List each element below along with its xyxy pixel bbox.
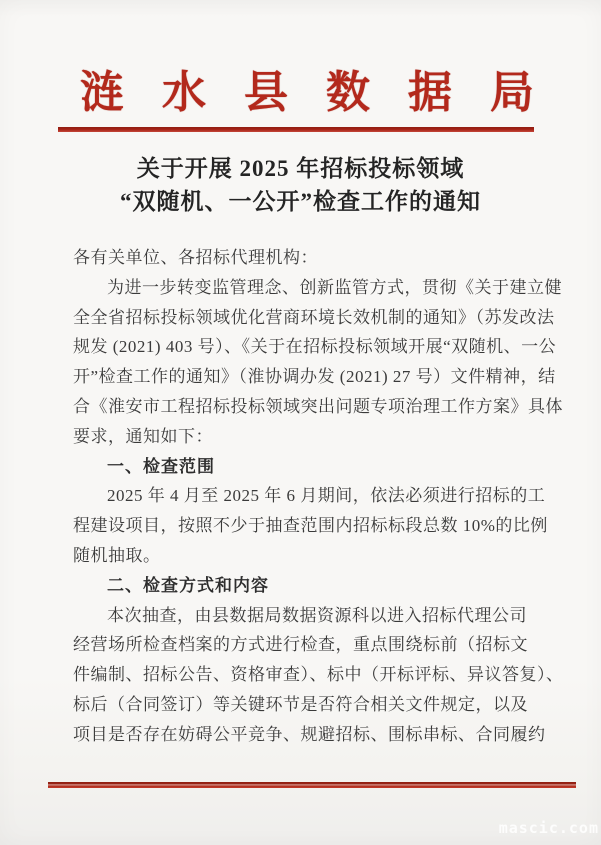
salutation: 各有关单位、各招标代理机构： <box>73 243 539 273</box>
body-line: 件编制、招标公告、资格审查）、标中（开标评标、异议答复）、 <box>73 660 539 690</box>
body-line: 程建设项目，按照不少于抽查范围内招标标段总数 10%的比例 <box>73 511 539 541</box>
document-body: 各有关单位、各招标代理机构： 为进一步转变监管理念、创新监管方式，贯彻《关于建立… <box>73 243 539 750</box>
body-line: 合《淮安市工程招标投标领域突出问题专项治理工作方案》具体 <box>73 392 539 422</box>
document-title-line2: “双随机、一公开”检查工作的通知 <box>0 185 601 218</box>
section1-heading: 一、检查范围 <box>73 452 539 482</box>
body-line: 项目是否存在妨碍公平竞争、规避招标、围标串标、合同履约 <box>73 720 539 750</box>
body-line: 为进一步转变监管理念、创新监管方式，贯彻《关于建立健 <box>73 273 539 303</box>
intro-paragraph: 为进一步转变监管理念、创新监管方式，贯彻《关于建立健 全全省招标投标领域优化营商… <box>73 273 539 452</box>
body-line: 本次抽查，由县数据局数据资源科以进入招标代理公司 <box>73 601 539 631</box>
footer-red-rule <box>48 782 576 788</box>
document-title-line1: 关于开展 2025 年招标投标领域 <box>0 152 601 185</box>
letterhead-agency-name: 涟水县数据局 <box>80 68 572 118</box>
scanned-notice-page: 涟水县数据局 关于开展 2025 年招标投标领域 “双随机、一公开”检查工作的通… <box>0 0 601 845</box>
letterhead-red-rule <box>58 127 534 132</box>
section2-paragraph: 本次抽查，由县数据局数据资源科以进入招标代理公司 经营场所检查档案的方式进行检查… <box>73 601 539 750</box>
site-watermark: mascic.com <box>499 819 599 837</box>
body-line: 全全省招标投标领域优化营商环境长效机制的通知》（苏发改法 <box>73 303 539 333</box>
body-line: 规发 (2021) 403 号）、《关于在招标投标领域开展“双随机、一公 <box>73 332 539 362</box>
body-line: 随机抽取。 <box>73 541 539 571</box>
document-title: 关于开展 2025 年招标投标领域 “双随机、一公开”检查工作的通知 <box>0 152 601 218</box>
body-line: 2025 年 4 月至 2025 年 6 月期间，依法必须进行招标的工 <box>73 481 539 511</box>
body-line: 开”检查工作的通知》（淮协调办发 (2021) 27 号）文件精神，结 <box>73 362 539 392</box>
section1-paragraph: 2025 年 4 月至 2025 年 6 月期间，依法必须进行招标的工 程建设项… <box>73 481 539 570</box>
body-line: 标后（合同签订）等关键环节是否符合相关文件规定，以及 <box>73 690 539 720</box>
body-line: 经营场所检查档案的方式进行检查，重点围绕标前（招标文 <box>73 630 539 660</box>
section2-heading: 二、检查方式和内容 <box>73 571 539 601</box>
body-line: 要求，通知如下： <box>73 422 539 452</box>
